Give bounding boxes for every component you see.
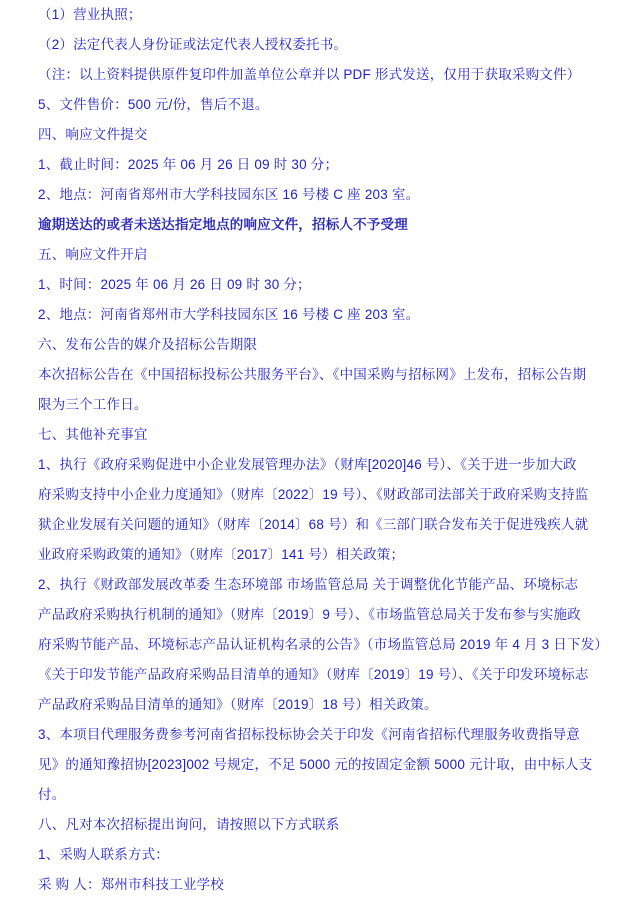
text-line: 1、时间：2025 年 06 月 26 日 09 时 30 分； <box>38 270 610 300</box>
text-line: 1、截止时间：2025 年 06 月 26 日 09 时 30 分； <box>38 150 610 180</box>
text-line: 产品政府采购品目清单的通知》（财库〔2019〕18 号）相关政策。 <box>38 690 610 720</box>
text-line: 付。 <box>38 780 610 810</box>
text-line: 2、地点：河南省郑州市大学科技园东区 16 号楼 C 座 203 室。 <box>38 180 610 210</box>
text-line: 本次招标公告在《中国招标投标公共服务平台》、《中国采购与招标网》上发布，招标公告… <box>38 360 610 390</box>
section-heading: 六、发布公告的媒介及招标公告期限 <box>38 330 610 360</box>
text-line: 5、文件售价：500 元/份，售后不退。 <box>38 90 610 120</box>
section-heading: 八、凡对本次招标提出询问，请按照以下方式联系 <box>38 810 610 840</box>
document-page: （1）营业执照； （2）法定代表人身份证或法定代表人授权委托书。 （注：以上资料… <box>0 0 620 900</box>
text-line: 产品政府采购执行机制的通知》（财库〔2019〕9 号）、《市场监管总局关于发布参… <box>38 600 610 630</box>
text-line: 2、执行《财政部发展改革委 生态环境部 市场监管总局 关于调整优化节能产品、环境… <box>38 570 610 600</box>
text-line: 2、地点：河南省郑州市大学科技园东区 16 号楼 C 座 203 室。 <box>38 300 610 330</box>
text-line: 限为三个工作日。 <box>38 390 610 420</box>
text-line: 逾期送达的或者未送达指定地点的响应文件，招标人不予受理 <box>38 210 610 240</box>
text-line: （2）法定代表人身份证或法定代表人授权委托书。 <box>38 30 610 60</box>
text-line: （1）营业执照； <box>38 0 610 30</box>
text-line: 采 购 人：郑州市科技工业学校 <box>38 870 610 900</box>
text-line: （注：以上资料提供原件复印件加盖单位公章并以 PDF 形式发送，仅用于获取采购文… <box>38 60 610 90</box>
text-line: 1、执行《政府采购促进中小企业发展管理办法》（财库[2020]46 号）、《关于… <box>38 450 610 480</box>
text-line: 《关于印发节能产品政府采购品目清单的通知》（财库〔2019〕19 号）、《关于印… <box>38 660 610 690</box>
text-line: 1、采购人联系方式： <box>38 840 610 870</box>
text-line: 狱企业发展有关问题的通知》（财库〔2014〕68 号）和《三部门联合发布关于促进… <box>38 510 610 540</box>
text-line: 3、本项目代理服务费参考河南省招标投标协会关于印发《河南省招标代理服务收费指导意 <box>38 720 610 750</box>
section-heading: 四、响应文件提交 <box>38 120 610 150</box>
text-line: 见》的通知豫招协[2023]002 号规定，不足 5000 元的按固定金额 50… <box>38 750 610 780</box>
text-line: 府采购节能产品、环境标志产品认证机构名录的公告》（市场监管总局 2019 年 4… <box>38 630 610 660</box>
section-heading: 五、响应文件开启 <box>38 240 610 270</box>
section-heading: 七、其他补充事宜 <box>38 420 610 450</box>
text-line: 府采购支持中小企业力度通知》（财库〔2022〕19 号）、《财政部司法部关于政府… <box>38 480 610 510</box>
text-line: 业政府采购政策的通知》（财库〔2017〕141 号）相关政策； <box>38 540 610 570</box>
